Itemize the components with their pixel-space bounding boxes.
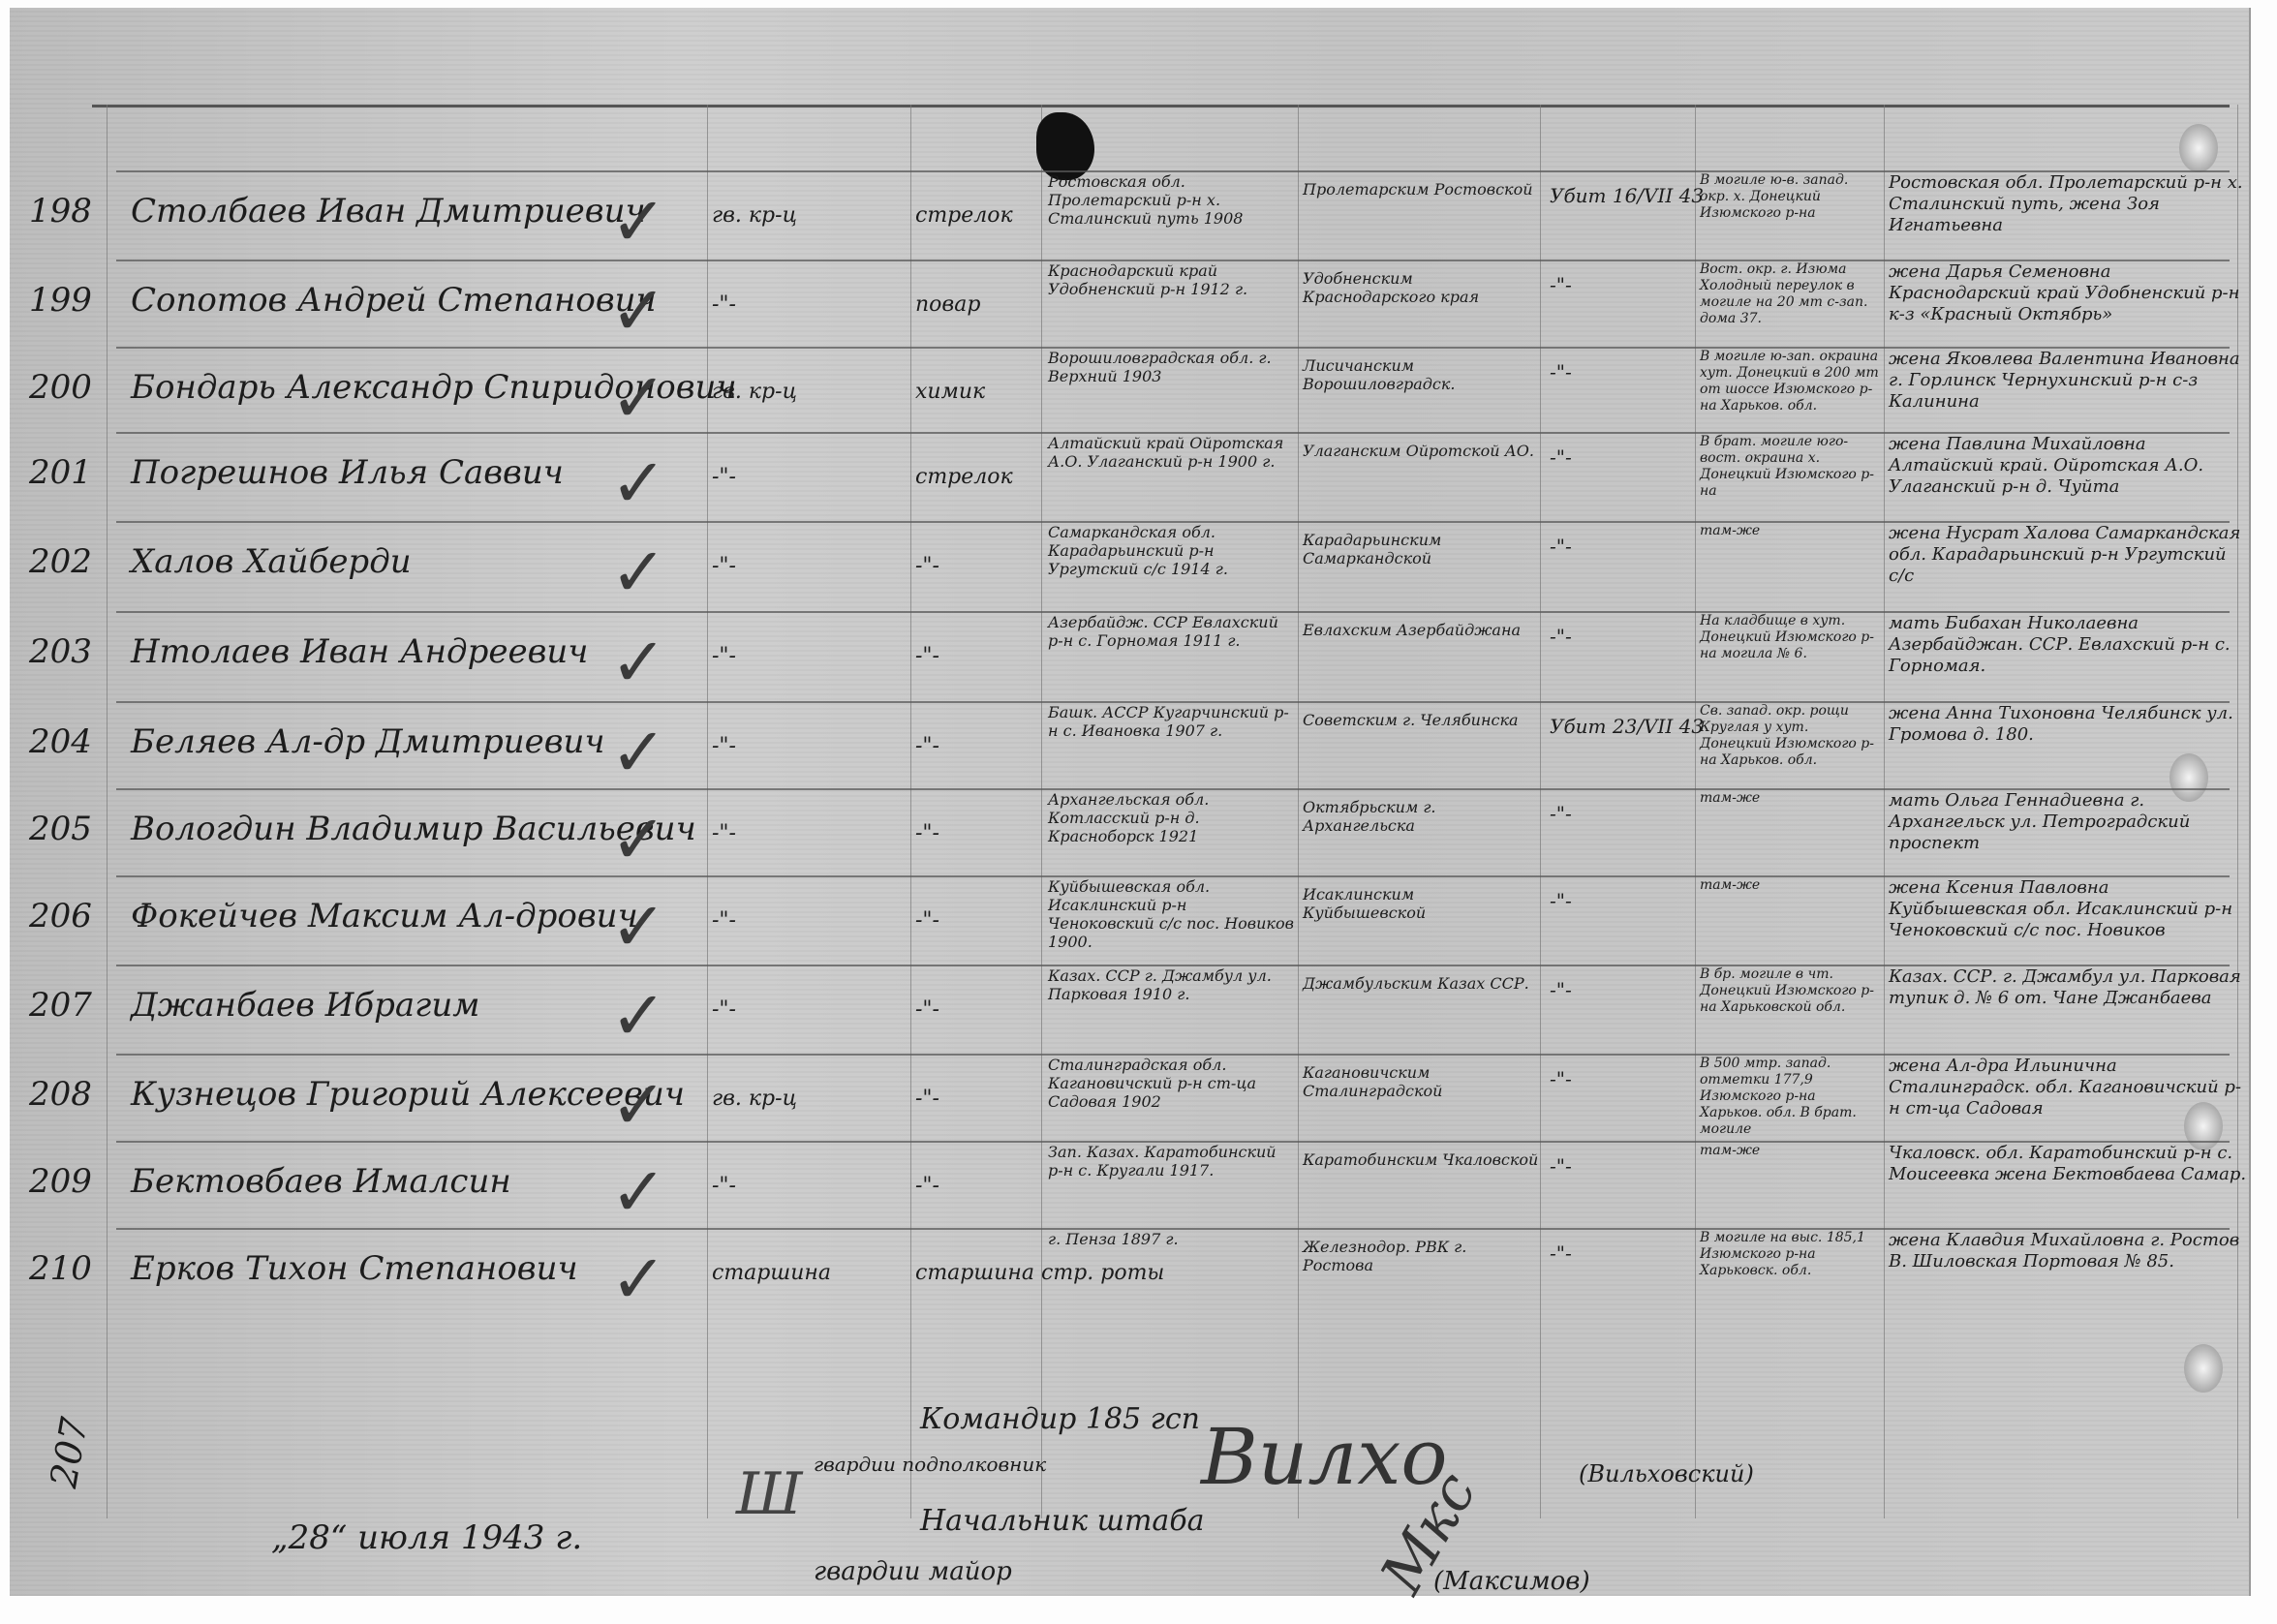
burial-place: В 500 мтр. запад. отметки 177,9 Изюмског… <box>1700 1056 1879 1138</box>
conscription-office: Джамбульским Казах ССР. <box>1303 974 1540 993</box>
burial-place: Вост. окр. г. Изюма Холодный переулок в … <box>1700 261 1879 327</box>
punch-hole <box>2179 124 2218 172</box>
position: -"- <box>915 554 939 578</box>
table-row: 200 Бондарь Александр Спиридонович ✓ гв.… <box>10 349 2249 445</box>
burial-place: На кладбище в хут. Донецкий Изюмского р-… <box>1700 613 1879 662</box>
checkmark-icon: ✓ <box>610 1152 667 1232</box>
checkmark-icon: ✓ <box>610 800 667 879</box>
checkmark-icon: ✓ <box>610 713 667 792</box>
soldier-name: Бектовбаев Ималсин <box>131 1162 511 1201</box>
next-of-kin: жена Яковлева Валентина Ивановна г. Горл… <box>1889 349 2247 413</box>
burial-place: В брат. могиле юго-вост. окраина х. Доне… <box>1700 434 1879 500</box>
soldier-name: Кузнецов Григорий Алексеевич <box>131 1075 685 1114</box>
row-number: 204 <box>29 722 92 761</box>
burial-place: Св. запад. окр. рощи Круглая у хут. Доне… <box>1700 703 1879 769</box>
next-of-kin: жена Ал-дра Ильинична Сталинградск. обл.… <box>1889 1056 2247 1119</box>
conscription-office: Исаклинским Куйбышевской <box>1303 885 1540 922</box>
chief-of-staff-name: (Максимов) <box>1433 1567 1590 1596</box>
burial-place: там-же <box>1700 790 1879 807</box>
military-rank: -"- <box>712 1174 736 1198</box>
soldier-name: Фокейчев Максим Ал-дрович <box>131 897 638 935</box>
military-rank: -"- <box>712 908 736 933</box>
fate-date: -"- <box>1550 1241 1695 1265</box>
checkmark-icon: ✓ <box>610 358 667 438</box>
document-date: „28“ июля 1943 г. <box>271 1518 582 1557</box>
row-number: 203 <box>29 632 92 671</box>
position: стрелок <box>915 203 1013 228</box>
birthplace-year: Башк. АССР Кугарчинский р-н с. Ивановка … <box>1048 703 1295 740</box>
conscription-office: Советским г. Челябинска <box>1303 711 1540 729</box>
soldier-name: Сопотов Андрей Степанович <box>131 281 657 320</box>
document-sheet: 198 Столбаев Иван Дмитриевич ✓ гв. кр-ц … <box>10 8 2251 1596</box>
military-rank: -"- <box>712 997 736 1022</box>
checkmark-icon: ✓ <box>610 976 667 1056</box>
fate-date: Убит 16/VII 43 <box>1550 184 1695 207</box>
next-of-kin: мать Бибахан Николаевна Азербайджан. ССР… <box>1889 613 2247 677</box>
soldier-name: Ерков Тихон Степанович <box>131 1249 578 1288</box>
conscription-office: Лисичанским Ворошиловградск. <box>1303 356 1540 393</box>
row-number: 205 <box>29 810 92 848</box>
row-number: 199 <box>29 281 92 320</box>
military-rank: -"- <box>712 734 736 758</box>
military-rank: -"- <box>712 644 736 668</box>
soldier-name: Джанбаев Ибрагим <box>131 986 479 1025</box>
position: -"- <box>915 1087 939 1111</box>
burial-place: В могиле на выс. 185,1 Изюмского р-на Ха… <box>1700 1230 1879 1279</box>
position: -"- <box>915 997 939 1022</box>
burial-place: В бр. могиле в чт. Донецкий Изюмского р-… <box>1700 966 1879 1016</box>
position: -"- <box>915 821 939 845</box>
table-row: 198 Столбаев Иван Дмитриевич ✓ гв. кр-ц … <box>10 172 2249 269</box>
checkmark-icon: ✓ <box>610 444 667 523</box>
checkmark-icon: ✓ <box>610 533 667 612</box>
chief-of-staff-rank: гвардии майор <box>814 1557 1012 1586</box>
next-of-kin: жена Дарья Семеновна Краснодарский край … <box>1889 261 2247 325</box>
fate-date: -"- <box>1550 360 1695 383</box>
next-of-kin: жена Анна Тихоновна Челябинск ул. Громов… <box>1889 703 2247 746</box>
birthplace-year: Архангельская обл. Котласский р-н д. Кра… <box>1048 790 1295 845</box>
row-number: 208 <box>29 1075 92 1114</box>
military-rank: гв. кр-ц <box>712 203 797 228</box>
commander-title: Командир 185 гсп <box>920 1402 1200 1436</box>
table-row: 205 Вологдин Владимир Васильевич ✓ -"- -… <box>10 790 2249 887</box>
position: -"- <box>915 644 939 668</box>
position: -"- <box>915 908 939 933</box>
next-of-kin: Казах. ССР. г. Джамбул ул. Парковая тупи… <box>1889 966 2247 1009</box>
conscription-office: Октябрьским г. Архангельска <box>1303 798 1540 835</box>
fate-date: -"- <box>1550 445 1695 469</box>
birthplace-year: Алтайский край Ойротская А.О. Улаганский… <box>1048 434 1295 471</box>
row-number: 210 <box>29 1249 92 1288</box>
table-row: 204 Беляев Ал-др Дмитриевич ✓ -"- -"- Ба… <box>10 703 2249 800</box>
burial-place: там-же <box>1700 1143 1879 1159</box>
row-number: 206 <box>29 897 92 935</box>
position: -"- <box>915 734 939 758</box>
table-row: 203 Нтолаев Иван Андреевич ✓ -"- -"- Азе… <box>10 613 2249 710</box>
checkmark-icon: ✓ <box>610 1240 667 1319</box>
next-of-kin: жена Ксения Павловна Куйбышевская обл. И… <box>1889 877 2247 941</box>
commander-name: (Вильховский) <box>1579 1460 1754 1487</box>
row-number: 209 <box>29 1162 92 1201</box>
birthplace-year: Ростовская обл. Пролетарский р-н х. Стал… <box>1048 172 1295 228</box>
fate-date: -"- <box>1550 625 1695 648</box>
total-count: 207 <box>42 1414 96 1490</box>
conscription-office: Каратобинским Чкаловской <box>1303 1150 1540 1169</box>
table-top-border <box>92 105 2230 107</box>
soldier-name: Беляев Ал-др Дмитриевич <box>131 722 605 761</box>
birthplace-year: Ворошиловградская обл. г. Верхний 1903 <box>1048 349 1295 385</box>
fate-date: -"- <box>1550 273 1695 296</box>
military-rank: гв. кр-ц <box>712 380 797 404</box>
burial-place: там-же <box>1700 523 1879 539</box>
next-of-kin: жена Нусрат Халова Самаркандская обл. Ка… <box>1889 523 2247 587</box>
next-of-kin: жена Клавдия Михайловна г. Ростов В. Шил… <box>1889 1230 2247 1272</box>
birthplace-year: Сталинградская обл. Кагановичский р-н ст… <box>1048 1056 1295 1111</box>
checkmark-icon: ✓ <box>610 271 667 351</box>
conscription-office: Железнодор. РВК г. Ростова <box>1303 1238 1540 1274</box>
position: химик <box>915 380 985 404</box>
chief-of-staff-title: Начальник штаба <box>920 1504 1205 1538</box>
position: стрелок <box>915 465 1013 489</box>
position: повар <box>915 292 980 317</box>
checkmark-icon: ✓ <box>610 887 667 966</box>
row-number: 202 <box>29 542 92 581</box>
row-number: 201 <box>29 453 92 492</box>
table-row: 210 Ерков Тихон Степанович ✓ старшина ст… <box>10 1230 2249 1327</box>
military-rank: гв. кр-ц <box>712 1087 797 1111</box>
checkmark-icon: ✓ <box>610 623 667 702</box>
next-of-kin: Чкаловск. обл. Каратобинский р-н с. Моис… <box>1889 1143 2247 1185</box>
next-of-kin: жена Павлина Михайловна Алтайский край. … <box>1889 434 2247 498</box>
conscription-office: Карадарьинским Самаркандской <box>1303 531 1540 567</box>
next-of-kin: Ростовская обл. Пролетарский р-н х. Стал… <box>1889 172 2247 236</box>
fate-date: -"- <box>1550 535 1695 558</box>
checkmark-icon: ✓ <box>610 1065 667 1145</box>
table-row: 206 Фокейчев Максим Ал-дрович ✓ -"- -"- … <box>10 877 2249 974</box>
birthplace-year: Азербайдж. ССР Евлахский р-н с. Горномая… <box>1048 613 1295 650</box>
fate-date: -"- <box>1550 1067 1695 1090</box>
fate-date: -"- <box>1550 978 1695 1001</box>
position: старшина стр. роты <box>915 1261 1164 1285</box>
fate-date: -"- <box>1550 1154 1695 1178</box>
burial-place: В могиле ю-зап. окраина хут. Донецкий в … <box>1700 349 1879 414</box>
next-of-kin: мать Ольга Геннадиевна г. Архангельск ул… <box>1889 790 2247 854</box>
soldier-name: Халов Хайберди <box>131 542 412 581</box>
soldier-name: Нтолаев Иван Андреевич <box>131 632 588 671</box>
birthplace-year: Краснодарский край Удобненский р-н 1912 … <box>1048 261 1295 298</box>
commander-rank: гвардии подполковник <box>814 1453 1046 1476</box>
soldier-name: Погрешнов Илья Саввич <box>131 453 564 492</box>
fate-date: -"- <box>1550 889 1695 912</box>
row-number: 198 <box>29 192 92 230</box>
military-rank: старшина <box>712 1261 831 1285</box>
birthplace-year: Зап. Казах. Каратобинский р-н с. Кругали… <box>1048 1143 1295 1180</box>
conscription-office: Кагановичским Сталинградской <box>1303 1063 1540 1100</box>
military-rank: -"- <box>712 465 736 489</box>
birthplace-year: Самаркандская обл. Карадарьинский р-н Ур… <box>1048 523 1295 578</box>
burial-place: В могиле ю-в. запад. окр. х. Донецкий Из… <box>1700 172 1879 222</box>
soldier-name: Столбаев Иван Дмитриевич <box>131 192 646 230</box>
table-row: 208 Кузнецов Григорий Алексеевич ✓ гв. к… <box>10 1056 2249 1152</box>
table-row: 202 Халов Хайберди ✓ -"- -"- Самаркандск… <box>10 523 2249 620</box>
table-row: 199 Сопотов Андрей Степанович ✓ -"- пова… <box>10 261 2249 358</box>
conscription-office: Евлахским Азербайджана <box>1303 621 1540 639</box>
commander-signature: Вилхо <box>1201 1412 1448 1502</box>
conscription-office: Удобненским Краснодарского края <box>1303 269 1540 306</box>
military-rank: -"- <box>712 292 736 317</box>
birthplace-year: Куйбышевская обл. Исаклинский р-н Ченоко… <box>1048 877 1295 951</box>
position: -"- <box>915 1174 939 1198</box>
conscription-office: Улаганским Ойротской АО. <box>1303 442 1540 460</box>
row-number: 207 <box>29 986 92 1025</box>
table-row: 201 Погрешнов Илья Саввич ✓ -"- стрелок … <box>10 434 2249 531</box>
checkmark-icon: ✓ <box>610 182 667 261</box>
initials-mark: Ш <box>736 1460 802 1528</box>
burial-place: там-же <box>1700 877 1879 894</box>
birthplace-year: г. Пенза 1897 г. <box>1048 1230 1295 1248</box>
conscription-office: Пролетарским Ростовской <box>1303 180 1540 199</box>
birthplace-year: Казах. ССР г. Джамбул ул. Парковая 1910 … <box>1048 966 1295 1003</box>
table-row: 207 Джанбаев Ибрагим ✓ -"- -"- Казах. СС… <box>10 966 2249 1063</box>
punch-hole <box>2184 1344 2223 1393</box>
military-rank: -"- <box>712 821 736 845</box>
fate-date: -"- <box>1550 802 1695 825</box>
military-rank: -"- <box>712 554 736 578</box>
fate-date: Убит 23/VII 43 <box>1550 715 1695 738</box>
row-number: 200 <box>29 368 92 407</box>
table-row: 209 Бектовбаев Ималсин ✓ -"- -"- Зап. Ка… <box>10 1143 2249 1240</box>
